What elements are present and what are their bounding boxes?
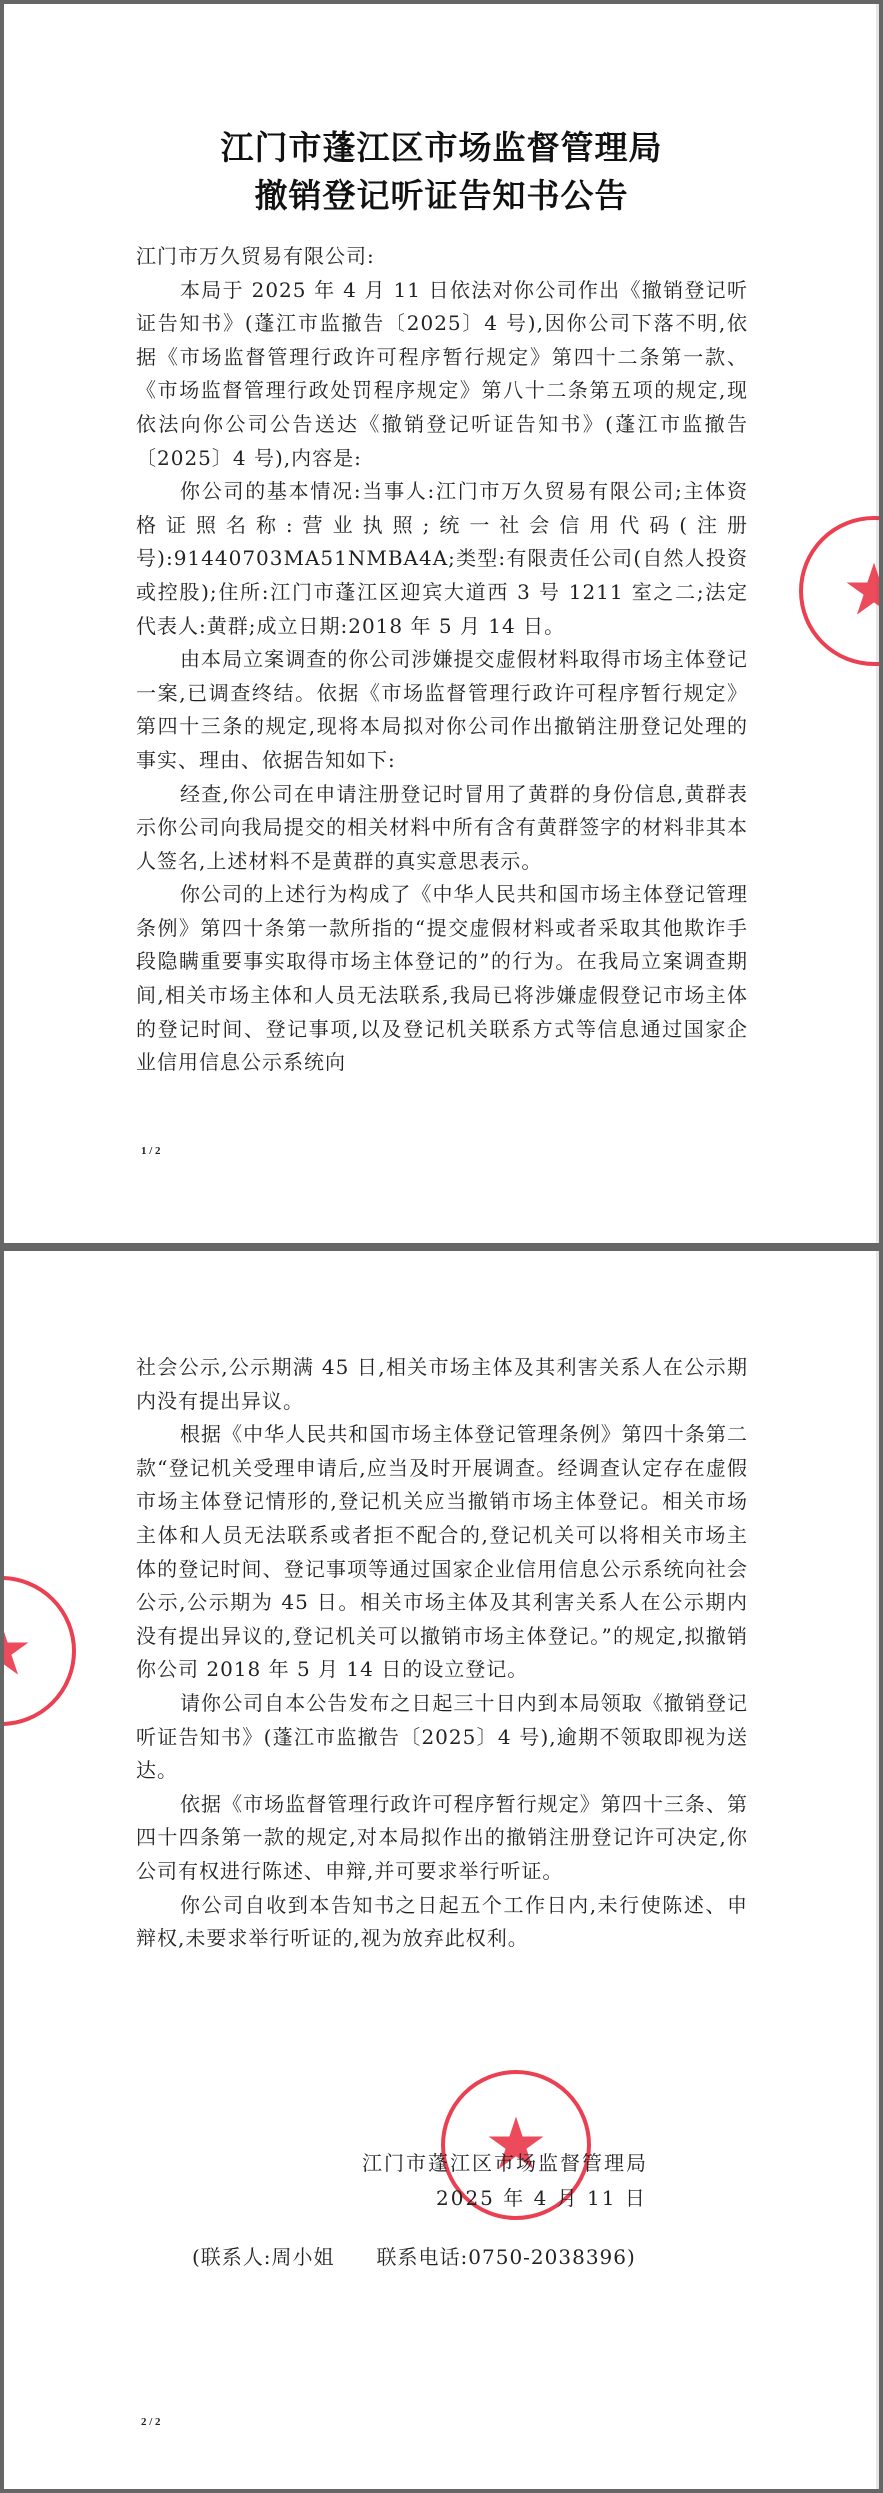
paragraph: 你公司的上述行为构成了《中华人民共和国市场主体登记管理条例》第四十条第一款所指的… bbox=[136, 878, 748, 1080]
page-edge-strip bbox=[876, 1251, 879, 2489]
page-number: 2 / 2 bbox=[141, 2416, 161, 2428]
page2-body: 社会公示,公示期满 45 日,相关市场主体及其利害关系人在公示期内没有提出异议。… bbox=[136, 1351, 748, 1956]
contact-info: (联系人:周小姐 联系电话:0750-2038396) bbox=[192, 2241, 636, 2270]
document-page-2: 社会公示,公示期满 45 日,相关市场主体及其利害关系人在公示期内没有提出异议。… bbox=[4, 1251, 879, 2489]
paragraph: 请你公司自本公告发布之日起三十日内到本局领取《撤销登记听证告知书》(蓬江市监撤告… bbox=[136, 1687, 748, 1788]
official-seal-stamp-partial bbox=[4, 1576, 76, 1726]
paragraph: 根据《中华人民共和国市场主体登记管理条例》第四十条第二款“登记机关受理申请后,应… bbox=[136, 1418, 748, 1687]
paragraph: 依据《市场监督管理行政许可程序暂行规定》第四十三条、第四十四条第一款的规定,对本… bbox=[136, 1788, 748, 1889]
paragraph: 社会公示,公示期满 45 日,相关市场主体及其利害关系人在公示期内没有提出异议。 bbox=[136, 1351, 748, 1418]
seal-star-icon bbox=[4, 1580, 72, 1722]
page1-body: 江门市万久贸易有限公司: 本局于 2025 年 4 月 11 日依法对你公司作出… bbox=[136, 240, 748, 1080]
official-seal-stamp-partial bbox=[799, 516, 879, 666]
document-page-1: 江门市蓬江区市场监督管理局 撤销登记听证告知书公告 江门市万久贸易有限公司: 本… bbox=[4, 4, 879, 1243]
paragraph: 本局于 2025 年 4 月 11 日依法对你公司作出《撤销登记听证告知书》(蓬… bbox=[136, 274, 748, 476]
signature-date: 2025 年 4 月 11 日 bbox=[436, 2182, 647, 2211]
paragraph: 由本局立案调查的你公司涉嫌提交虚假材料取得市场主体登记一案,已调查终结。依据《市… bbox=[136, 643, 748, 777]
seal-star-icon bbox=[803, 520, 879, 662]
page-number: 1 / 2 bbox=[141, 1145, 161, 1157]
title-line-1: 江门市蓬江区市场监督管理局 bbox=[4, 122, 879, 169]
paragraph: 经查,你公司在申请注册登记时冒用了黄群的身份信息,黄群表示你公司向我局提交的相关… bbox=[136, 778, 748, 879]
signature-org: 江门市蓬江区市场监督管理局 bbox=[362, 2147, 648, 2176]
addressee: 江门市万久贸易有限公司: bbox=[136, 240, 748, 274]
paragraph: 你公司的基本情况:当事人:江门市万久贸易有限公司;主体资格证照名称:营业执照;统… bbox=[136, 475, 748, 643]
title-line-2: 撤销登记听证告知书公告 bbox=[4, 170, 879, 217]
paragraph: 你公司自收到本告知书之日起五个工作日内,未行使陈述、申辩权,未要求举行听证的,视… bbox=[136, 1889, 748, 1956]
